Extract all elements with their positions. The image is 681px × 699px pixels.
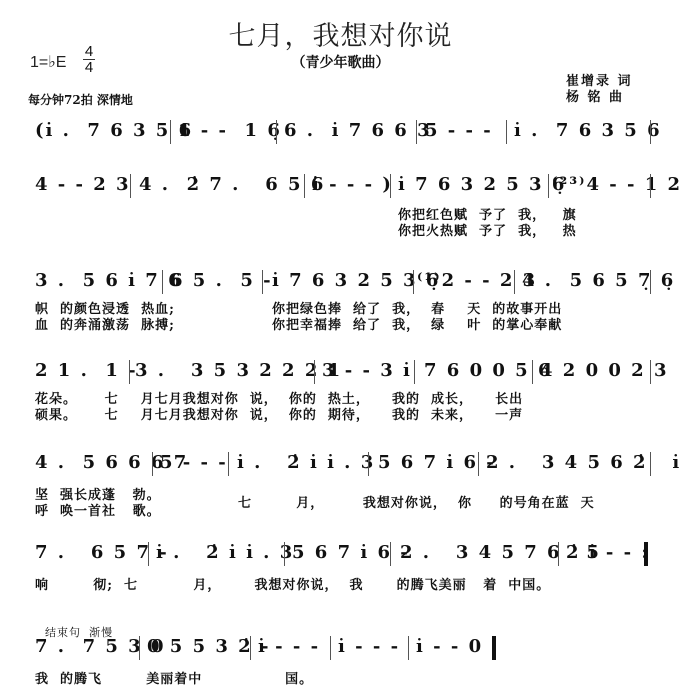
- lyric-chorus: 七 月， 我想对你说， 你 的号角在蓝 天: [238, 492, 595, 511]
- bar-line: [228, 452, 229, 476]
- repeat-end-bar: [644, 542, 648, 566]
- measure: 4 . 2̇ 7 . 6 5 6: [139, 174, 325, 195]
- measure: 5 - - -: [425, 120, 493, 141]
- measure: 0 5 5 3 2̇ -: [147, 636, 270, 657]
- composer-credit: 杨 铭 曲: [566, 86, 624, 105]
- measure: 6 5 . 5 -: [170, 270, 273, 291]
- bar-line: [139, 636, 140, 660]
- measure: ⁽²³⁾4 - - 1 2: [552, 174, 681, 195]
- bar-line: [152, 452, 153, 476]
- bar-line: [478, 452, 479, 476]
- time-signature-bottom: 4: [83, 59, 95, 75]
- measure: 1 - - 1 6̣: [178, 120, 282, 141]
- lyric-verse-2: 呼 唤一首社 歌。: [35, 500, 161, 519]
- measure: 3 - - 3 i̇: [322, 360, 412, 381]
- bar-line: [650, 360, 651, 384]
- bar-line: [390, 174, 391, 198]
- tempo-marking: 每分钟72拍 深情地: [28, 91, 133, 108]
- measure: i̇ . 7 6 3 5 6: [514, 120, 662, 141]
- measure: i̇ 7 6 3 2 5 3 6̣: [398, 174, 566, 195]
- bar-line: [506, 120, 507, 144]
- measure: 7 6 0 0 5 6: [424, 360, 552, 381]
- measure: 5 6 7 i̇ 6 -: [292, 542, 410, 563]
- bar-line: [330, 636, 331, 660]
- bar-line: [250, 636, 251, 660]
- bar-line: [413, 270, 414, 294]
- measure: i̇ - - 0: [416, 636, 483, 657]
- measure: 2 1 . 1 -: [35, 360, 138, 381]
- song-title: 七月，我想对你说: [0, 14, 681, 53]
- bar-line: [170, 120, 171, 144]
- measure: 4 . 5 6 5 7̣ 6̣: [522, 270, 675, 291]
- bar-line: [650, 174, 651, 198]
- measure: 3 . 3 5 3 2 2 2 1: [135, 360, 342, 381]
- bar-line: [262, 270, 263, 294]
- bar-line: [650, 120, 651, 144]
- lyric-verse-2: 硕果。 七 月七月我想对你 说， 你的 期待， 我的 未来， 一声: [35, 404, 523, 423]
- measure: 4 - - 2 3: [35, 174, 131, 195]
- measure: i̇ . 2̇ i̇ i̇ . 3: [237, 452, 375, 473]
- lyric-verse-2b: 你把幸福捧 给了 我， 绿 叶 的掌心奉献: [272, 314, 562, 333]
- bar-line: [314, 360, 315, 384]
- bar-line: [408, 636, 409, 660]
- bar-line: [558, 542, 559, 566]
- bar-line: [284, 542, 285, 566]
- bar-line: [390, 542, 391, 566]
- bar-line: [416, 120, 417, 144]
- time-signature-top: 4: [83, 44, 95, 59]
- time-signature: 4 4: [83, 44, 95, 75]
- measure: 5 - - -: [160, 452, 228, 473]
- measure: 6 . i̇ 7 6 6 3: [284, 120, 432, 141]
- bar-line: [368, 452, 369, 476]
- bar-line: [548, 174, 549, 198]
- measure: 7 . 7 5 3 0: [35, 636, 166, 657]
- lyric-verse-2: 血 的奔涌激荡 脉搏;: [35, 314, 175, 333]
- bar-line: [148, 542, 149, 566]
- bar-line: [129, 360, 130, 384]
- measure: i̇ - - -: [258, 636, 320, 657]
- measure: 2̇ i̇ - - :: [566, 542, 650, 563]
- lyric-line: 响 彻; 七 月， 我想对你说， 我 的腾飞美丽 着 中国。: [35, 574, 550, 593]
- bar-line: [650, 270, 651, 294]
- bar-line: [414, 360, 415, 384]
- measure: i̇ 7 6 3 2 5 3 6̣: [272, 270, 440, 291]
- measure: 3 . 5 6 i̇ 7 6: [35, 270, 183, 291]
- measure: ⁽¹⁾2 - - 2 3: [417, 270, 537, 291]
- bar-line: [162, 270, 163, 294]
- measure: i̇ . 2̇ i̇ i̇ . 3: [156, 542, 294, 563]
- bar-line: [514, 270, 515, 294]
- measure: i̇ - - - ): [312, 174, 393, 195]
- lyric-line: 我 的腾飞 美丽着中 国。: [35, 668, 313, 687]
- measure: 2 . 3 4 5 6 2̇ i̇: [486, 452, 681, 473]
- measure: i̇ - - -: [338, 636, 400, 657]
- song-subtitle: （青少年歌曲）: [0, 52, 681, 72]
- lyric-verse-2: 你把火热赋 予了 我， 热: [398, 220, 577, 239]
- key-signature: 1=♭E: [30, 52, 66, 72]
- bar-line: [130, 174, 131, 198]
- bar-line: [304, 174, 305, 198]
- bar-line: [532, 360, 533, 384]
- bar-line: [276, 120, 277, 144]
- final-bar: [492, 636, 496, 660]
- bar-line: [650, 452, 651, 476]
